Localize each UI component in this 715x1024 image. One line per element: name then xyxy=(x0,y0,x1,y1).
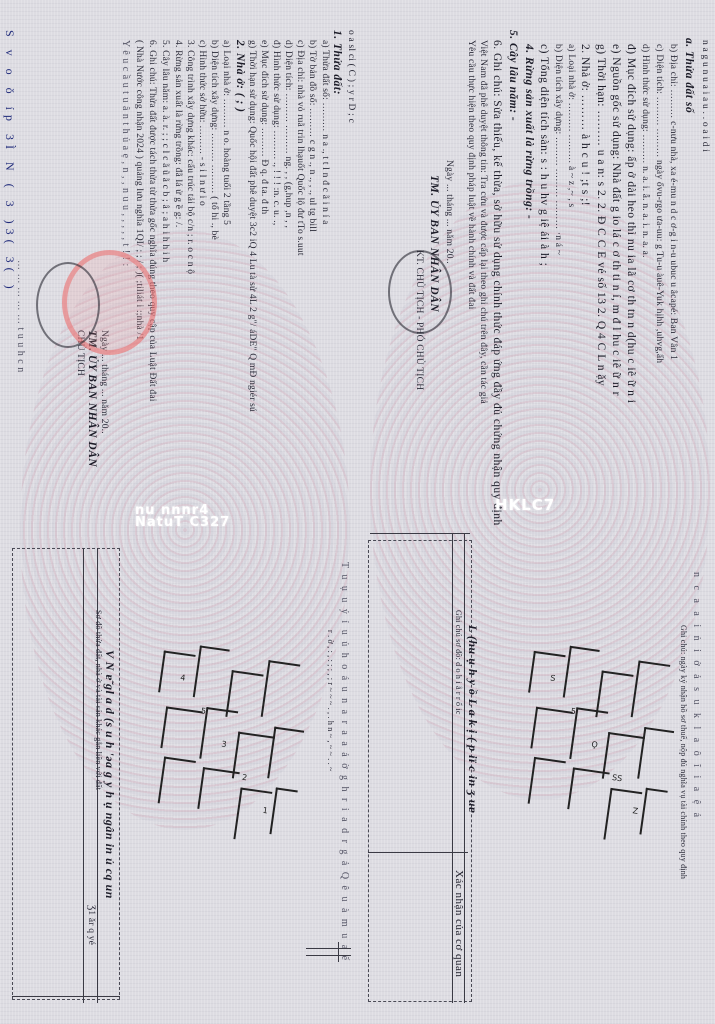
left-frame-footnote: Ʒ1 ǎr q yé xyxy=(84,905,97,945)
middle-line-12: 3. Công trình xây dựng khác: cấu trúc tả… xyxy=(183,40,196,274)
right-line-4: đ) Mục đích sử dụng: ấp ở dài heo thì nu… xyxy=(624,44,637,403)
plan-room-label: SS xyxy=(611,773,622,783)
middle-line-1: a) Thửa đất số: ……… n a ., t t l n đ c ã… xyxy=(318,40,331,224)
frame-top-line xyxy=(370,533,470,534)
right-line-8: a) Loại nhà ở: ……… ……… à ~ z ,~ , s xyxy=(564,44,577,207)
plan-room-outline xyxy=(567,767,609,814)
plan-room-label: 2 xyxy=(241,773,247,783)
middle-line-3: c) Địa chỉ: nhà vỏ ruã trin lhạuốt Quốc … xyxy=(293,40,306,256)
right-line-15: Yêu cầu thực hiện theo quy định pháp luậ… xyxy=(464,40,477,310)
right-line-7: 2. Nhà ở: ……… à h c u ! ;t s ;! xyxy=(578,44,591,206)
middle-line-9: a) Loại nhà ở: ……… n o. hoàng tuổi 2 tần… xyxy=(219,40,232,225)
signature-seal-left xyxy=(36,262,100,348)
right-line-3: d) Hình thức sử dụng: ……… n. a. i. ẫ. n.… xyxy=(638,44,651,258)
plan-room-label: Ϙ xyxy=(591,740,598,750)
right-line-5: e) Nguồn gốc sử dụng: Nhà đất g io lá c … xyxy=(609,44,622,396)
watermark-middle: nu nnnr4 NatuT C327 xyxy=(135,505,230,529)
plan-room-outline xyxy=(528,757,566,808)
serial-number: S v o ǒ íp 3Ì N ( 3 )3( 3( ) xyxy=(2,30,17,294)
north-arrow-line xyxy=(306,948,351,949)
right-frame-title: L (hu ụ h y ồ L a k ị ( p iï c in ʒ uɐ xyxy=(466,625,479,813)
right-line-12: 5. Cây lâu năm: - xyxy=(506,30,519,121)
right-line-1: b) Địa chỉ: ……… c-nưu nhà, xa é-mu n d c… xyxy=(666,44,679,360)
left-frame-subtitle: Sơ đồ thửa đất, nhà ở và tài sản khác gắ… xyxy=(92,610,105,790)
watermark-right: HKLC7 xyxy=(495,496,555,514)
middle-line-14: 5. Cây lâu năm: a. à. r. ; ; c l c ã ũ ã… xyxy=(158,40,171,262)
plan-room-outline xyxy=(639,788,667,838)
plan-room-outline xyxy=(563,646,600,702)
right-line-6: g) Thời hạn: ……… u a n: s 2. 2. Đ C C E … xyxy=(594,44,607,386)
document-page: n a g u n u a i a u . . o a i d i a. Thử… xyxy=(0,0,715,1024)
left-margin-text: T u ụ u ý ỉ u ủ h o á u n a r a a ả ờ g … xyxy=(338,562,351,962)
north-arrow-icon xyxy=(338,942,339,962)
right-stamp-date: Ngày ... tháng ... năm 20.. xyxy=(442,160,455,264)
frame-mid-line xyxy=(368,852,468,853)
middle-line-2: b) Tờ bản đồ số: ……… c g n ., n ., , ., … xyxy=(305,40,318,232)
middle-line-5: đ) Hình thức sử dụng: ……… ., ! ! ! :n. c… xyxy=(269,40,282,225)
frame-base-line xyxy=(12,996,120,997)
plan-room-outline xyxy=(267,727,304,783)
plan-room-outline xyxy=(530,707,572,754)
plan-room-outline xyxy=(160,706,202,753)
middle-section-1-title: 1. Thửa đất: xyxy=(330,30,343,95)
left-margin-text-small: r . ờ , : , : ; ; , ; r ~ ~ ~ . , . h n … xyxy=(324,630,337,772)
plan-room-outline xyxy=(631,660,671,721)
right-frame-footer: Xác nhận của cơ quan xyxy=(452,870,465,977)
right-line-14: Việt Nam đã phê duyệt thông tin: Tra cứu… xyxy=(476,40,489,404)
middle-line-13: 4. Rừng sản xuất là rừng trồng: đã lá ử … xyxy=(171,40,184,228)
right-line-2: c) Diện tích: ……… ……… ngày ổvu-rgo ưa-uu… xyxy=(652,44,665,363)
right-header-line: n a g u n u a i a u . . o a i d i xyxy=(698,40,711,152)
middle-line-17: Y ê u c ầ u t u â n t h ủ a ẹ , n , , n … xyxy=(119,40,132,267)
middle-section-2-title: 2. Nhà ở: ( ; ) xyxy=(233,40,246,112)
floor-plan-sketch-right: S5ϘSSZ xyxy=(495,630,690,881)
right-line-11: 4. Rừng sản xuất là rừng trồng: - xyxy=(522,44,535,219)
right-line-9: b) Diện tích xây dựng: ……… ……… ……… ·n á … xyxy=(551,44,564,255)
plan-room-outline xyxy=(197,767,239,814)
middle-line-4: d) Diện tích: ……… ……… ng. , , (g,hup ,n … xyxy=(281,40,294,228)
plan-room-outline xyxy=(158,650,196,696)
middle-line-11: c) Hình thức sở hữu: ……… - s i l n ư i o xyxy=(195,40,208,206)
right-frame-subtitle: Ghi chú sơ đồ: d o h i ẳ r r ổ ic xyxy=(452,610,465,715)
plan-room-outline xyxy=(637,727,674,783)
floor-plan-sketch-left: 45321 xyxy=(125,629,325,880)
signature-caption: … … … … … t u u h c n xyxy=(14,260,27,373)
middle-line-6: e) Mục đích sử dụng: ……… Đ q. đ ta. đ th xyxy=(257,40,270,214)
plan-room-outline xyxy=(261,660,301,721)
middle-header-line: o a sl ci ( C ) ; y r D ; c xyxy=(344,30,357,123)
watermark-middle-line-2: NatuT C327 xyxy=(135,517,230,529)
right-margin-text: n c a a i ṅ i ở ả s u k l a ô ĩ i a ệ ả xyxy=(690,572,703,820)
right-line-13: 6. Ghi chú: Sửa thiếu, kế thừa, sở hữu s… xyxy=(490,40,503,526)
plan-room-outline xyxy=(528,651,566,697)
middle-line-7: g) Thời hạn sử dụng: Quốc hội đất phê du… xyxy=(245,40,258,412)
plan-room-outline xyxy=(269,787,297,837)
plan-room-outline xyxy=(193,645,230,701)
middle-line-15: 6. Ghi chú: Thửa đất được tách thửa từ t… xyxy=(145,40,158,402)
middle-line-10: b) Diện tích xây dựng: ……… ……… ( tổ hi .… xyxy=(207,40,220,240)
right-section-a-title: a. Thửa đất số xyxy=(682,38,695,113)
north-arrow-line xyxy=(306,955,351,956)
signature-seal-right xyxy=(388,250,452,334)
plan-room-outline xyxy=(158,757,196,808)
right-line-10: c) Tổng diện tích sàn: s : h u hv g iệ á… xyxy=(537,44,550,266)
